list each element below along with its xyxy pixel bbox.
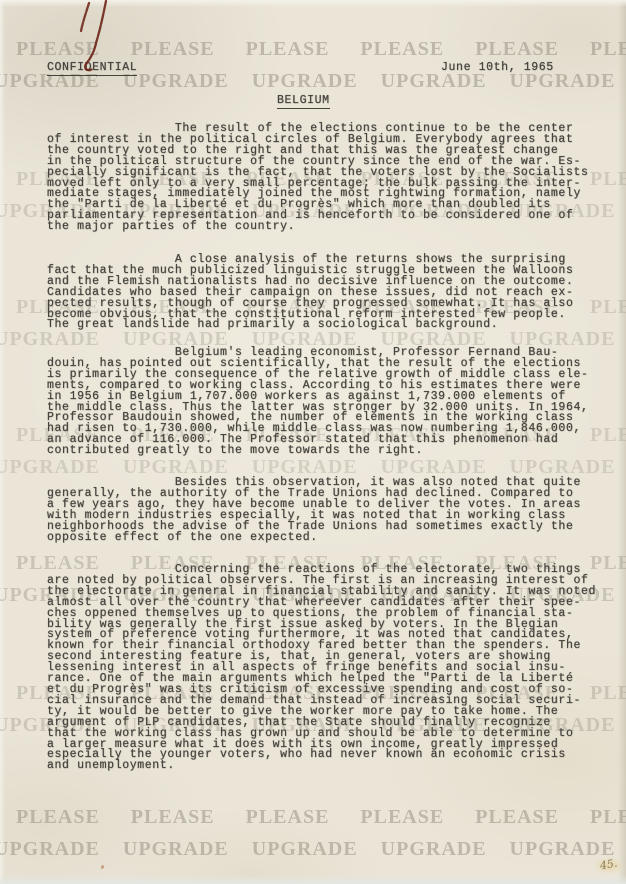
watermark-word-row: PLEASE PLEASE PLEASE PLEASE PLEASE PLEAS… — [16, 806, 626, 829]
scanned-document-page: PLEASE PLEASE PLEASE PLEASE PLEASE PLEAS… — [0, 0, 626, 884]
paragraph: A close analysis of the returns shows th… — [47, 255, 573, 331]
paragraph: Belgium's leading economist, Professor F… — [47, 348, 589, 457]
handwritten-pen-mark-icon — [75, 0, 125, 78]
watermark-word-row: UPGRADE UPGRADE UPGRADE UPGRADE UPGRADE … — [0, 838, 626, 861]
document-title-text: BELGIUM — [277, 96, 330, 109]
paragraph: Besides this observation, it was also no… — [47, 478, 581, 543]
document-date: June 10th, 1965 — [441, 63, 554, 74]
paragraph: The result of the elections continue to … — [47, 124, 589, 233]
document-title: BELGIUM — [277, 96, 330, 109]
ink-speck — [100, 865, 104, 870]
paragraph: Concerning the reactions of the electora… — [47, 565, 596, 772]
